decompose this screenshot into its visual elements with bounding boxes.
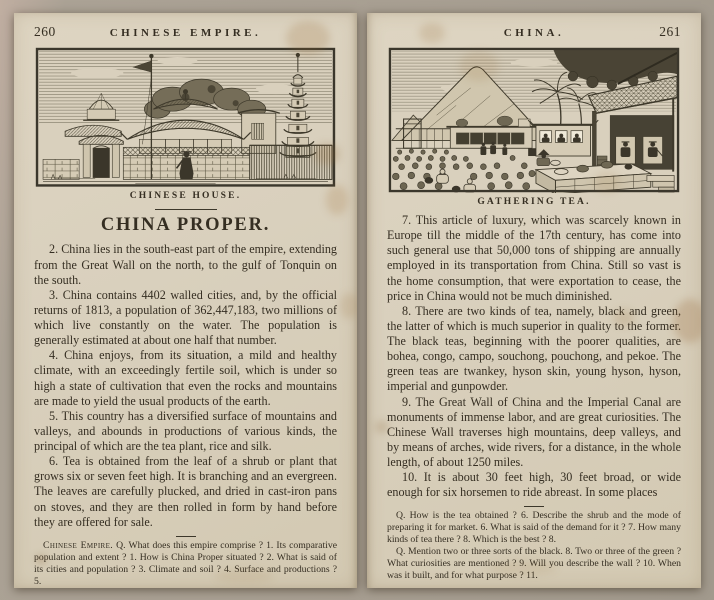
right-figure-caption: GATHERING TEA. (387, 197, 681, 207)
paragraph-7: 7. This article of luxury, which was sca… (387, 213, 681, 304)
paragraph-3: 3. China contains 4402 walled cities, an… (34, 288, 337, 349)
section-heading: CHINA PROPER. (34, 215, 337, 236)
paragraph-6: 6. Tea is obtained from the leaf of a sh… (34, 454, 337, 530)
right-body-text: 7. This article of luxury, which was sca… (387, 213, 681, 500)
left-figure-caption: CHINESE HOUSE. (34, 191, 337, 201)
right-page: CHINA. 261 (367, 13, 701, 588)
right-footnote: Q. How is the tea obtained ? 6. Describe… (387, 510, 681, 582)
footnote-questions: Q. Mention two or three sorts of the bla… (387, 546, 681, 582)
left-footnote: Chinese Empire. Q. What does this empire… (34, 540, 337, 588)
left-page-number: 260 (34, 24, 68, 40)
left-page-header: 260 CHINESE EMPIRE. (34, 24, 337, 40)
gathering-tea-engraving (388, 47, 680, 193)
paragraph-8: 8. There are two kinds of tea, namely, b… (387, 304, 681, 395)
right-page-number: 261 (647, 24, 681, 40)
section-rule (155, 209, 217, 210)
left-running-title: CHINESE EMPIRE. (68, 27, 303, 39)
paragraph-5: 5. This country has a diversified surfac… (34, 409, 337, 454)
paragraph-2: 2. China lies in the south-east part of … (34, 242, 337, 287)
right-running-title: CHINA. (421, 27, 647, 39)
footnote-questions: Q. How is the tea obtained ? 6. Describe… (387, 510, 681, 546)
paragraph-10: 10. It is about 30 feet high, 30 feet br… (387, 470, 681, 500)
right-page-header: CHINA. 261 (387, 24, 681, 40)
chinese-house-engraving (35, 47, 336, 187)
paragraph-4: 4. China enjoys, from its situation, a m… (34, 348, 337, 409)
footnote-questions: Chinese Empire. Q. What does this empire… (34, 540, 337, 588)
book-scan: { "book": { "left_page": { "page_number"… (0, 0, 714, 600)
footnote-rule (176, 536, 196, 537)
footnote-lead: Chinese Empire. (43, 540, 113, 551)
left-page: 260 CHINESE EMPIRE. (14, 13, 357, 588)
left-body-text: 2. China lies in the south-east part of … (34, 242, 337, 529)
footnote-rule (524, 506, 544, 507)
paragraph-9: 9. The Great Wall of China and the Imper… (387, 395, 681, 471)
